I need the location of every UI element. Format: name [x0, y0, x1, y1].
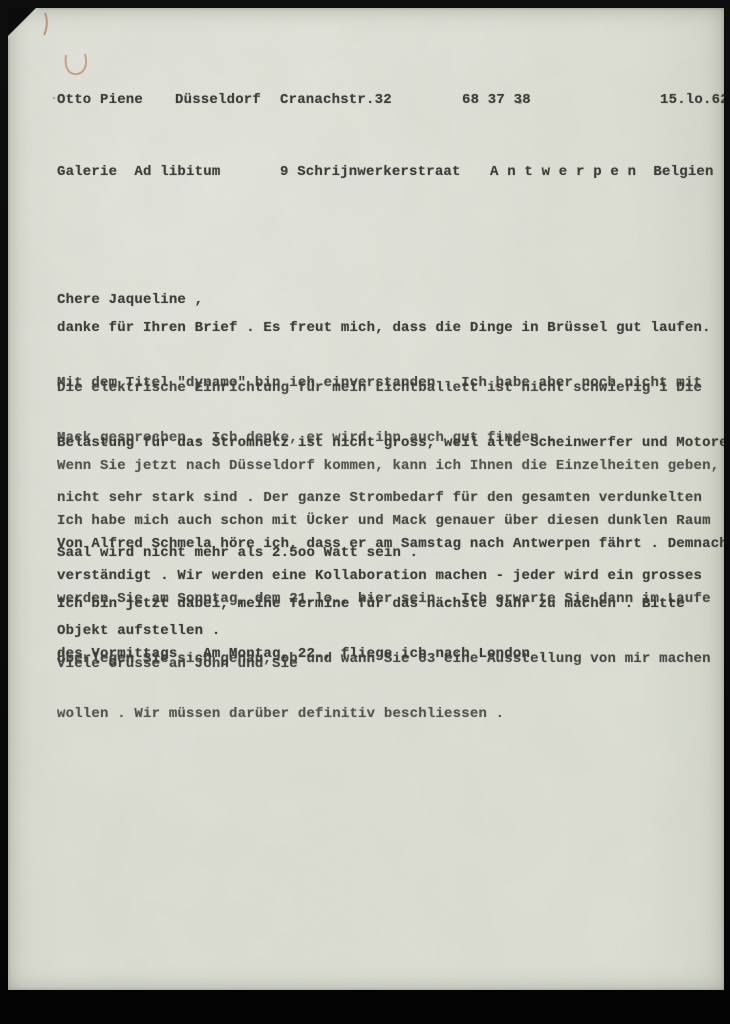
- recipient-line: Galerie Ad libitum 9 Schrijnwerkerstraat…: [57, 163, 724, 183]
- letter-page: Otto Piene Düsseldorf Cranachstr.32 68 3…: [8, 8, 724, 990]
- letter-date: 15.lo.62: [660, 91, 724, 109]
- recipient-city: A n t w e r p e n Belgien: [490, 163, 714, 181]
- text-line: Die elektrische Einrichtung für mein Lic…: [57, 379, 724, 397]
- pencil-dot: [53, 97, 56, 100]
- scanned-letter: Otto Piene Düsseldorf Cranachstr.32 68 3…: [0, 0, 730, 1024]
- letter-content: Otto Piene Düsseldorf Cranachstr.32 68 3…: [57, 8, 724, 990]
- sender-line: Otto Piene Düsseldorf Cranachstr.32 68 3…: [57, 91, 724, 111]
- recipient-gallery: Galerie Ad libitum: [57, 163, 220, 181]
- pencil-mark-stroke: [44, 13, 47, 35]
- text-line: danke für Ihren Brief . Es freut mich, d…: [57, 319, 724, 337]
- torn-corner: [8, 8, 36, 36]
- closing-line: Viele Grüsse an John und Sie: [57, 618, 724, 710]
- recipient-address: 9 Schrijnwerkerstraat: [280, 163, 461, 181]
- sender-phone: 68 37 38: [462, 91, 531, 109]
- text-line: Ich bin jetzt dabei, meine Termine für d…: [57, 595, 724, 613]
- sender-street: Cranachstr.32: [280, 91, 392, 109]
- text-line: Wenn Sie jetzt nach Düsseldorf kommen, k…: [57, 457, 724, 475]
- sender-name: Otto Piene: [57, 91, 143, 109]
- sender-city: Düsseldorf: [175, 91, 261, 109]
- text-line: Von Alfred Schmela höre ich, dass er am …: [57, 535, 724, 553]
